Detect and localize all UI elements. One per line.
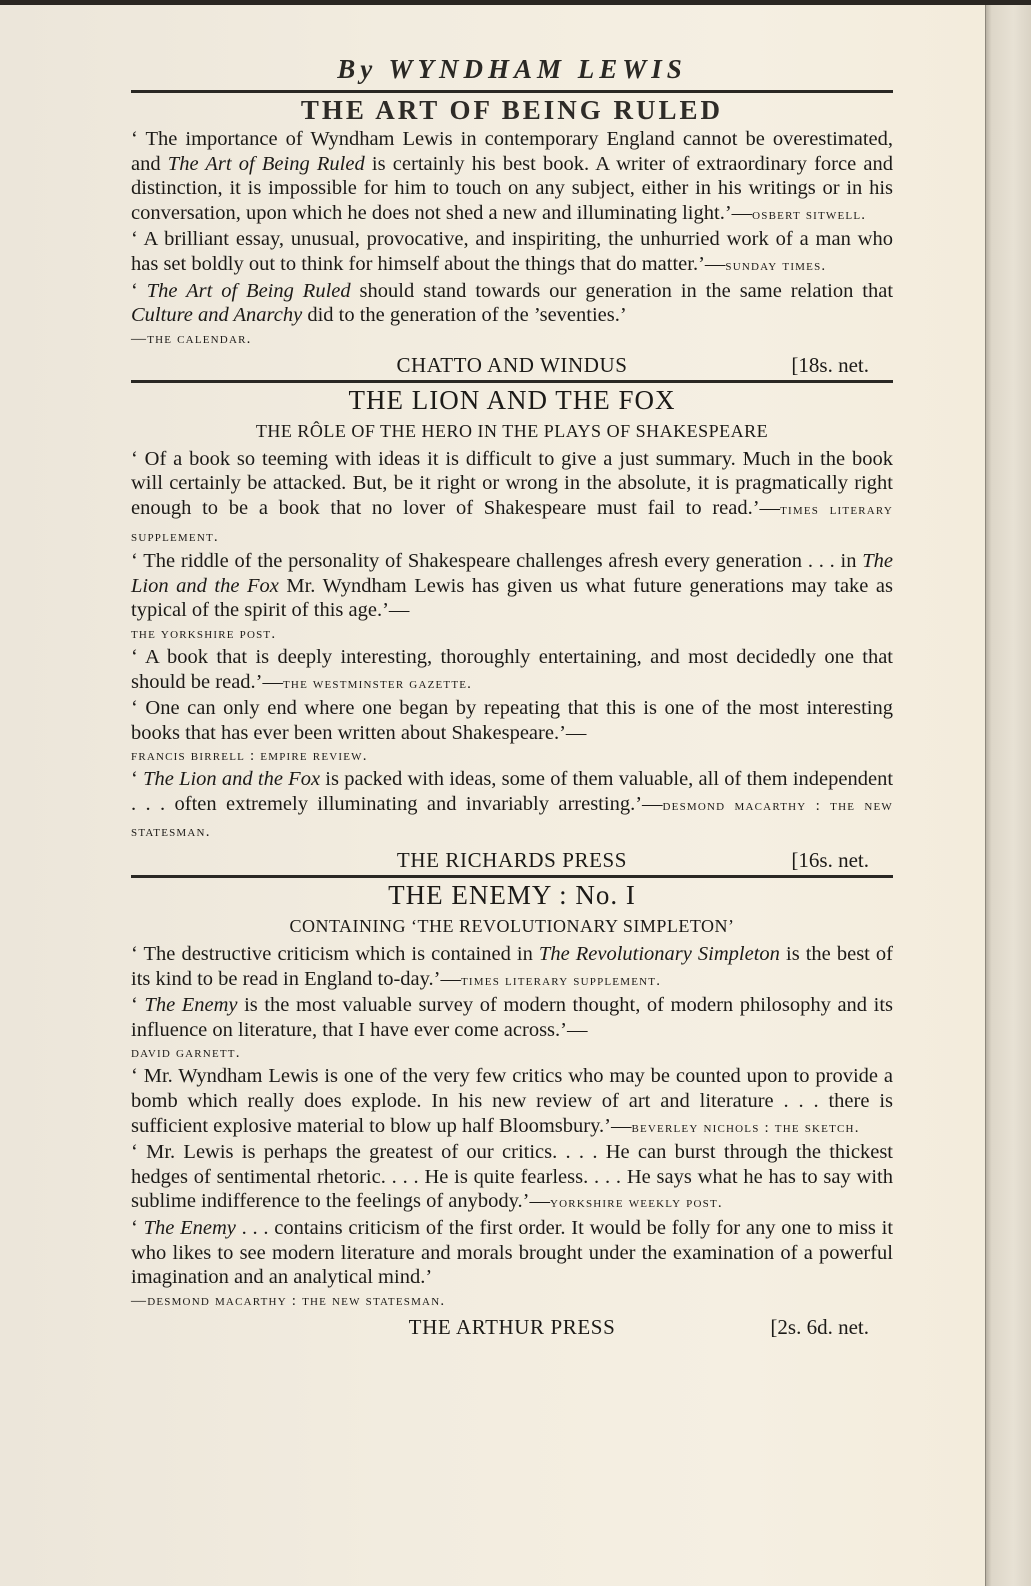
publisher-name: CHATTO AND WINDUS	[131, 350, 893, 380]
review-quote: ‘ The Enemy . . . contains criticism of …	[131, 1216, 893, 1312]
quote-text: did to the generation of the ’seventies.…	[302, 304, 627, 326]
book-title-italic: The Revolutionary Simpleton	[539, 943, 780, 965]
quote-text: ‘ A book that is deeply interesting, tho…	[131, 646, 893, 693]
book-title: THE ART OF BEING RULED	[131, 93, 893, 127]
review-source: sunday times.	[725, 258, 826, 274]
quote-text: ‘	[131, 1217, 144, 1239]
book-gutter	[985, 5, 1031, 1586]
quote-text: ‘ The riddle of the personality of Shake…	[131, 550, 862, 572]
book-title-italic: Culture and Anarchy	[131, 304, 302, 326]
book-title: THE LION AND THE FOX	[131, 383, 893, 417]
quote-text: ‘ The destructive criticism which is con…	[131, 943, 539, 965]
price: [16s. net.	[791, 845, 869, 875]
publisher-name: THE RICHARDS PRESS	[131, 845, 893, 875]
advertisement-page: By WYNDHAM LEWIS THE ART OF BEING RULED‘…	[131, 48, 893, 1342]
book-subtitle: THE RÔLE OF THE HERO IN THE PLAYS OF SHA…	[131, 419, 893, 443]
quote-text: . . . contains criticism of the first or…	[131, 1217, 893, 1288]
review-quote: ‘ The importance of Wyndham Lewis in con…	[131, 127, 893, 227]
review-quote: ‘ The Art of Being Ruled should stand to…	[131, 279, 893, 350]
book-title: THE ENEMY : No. I	[131, 878, 893, 912]
review-quote: ‘ Mr. Wyndham Lewis is one of the very f…	[131, 1064, 893, 1140]
review-source: beverley nichols : the sketch.	[631, 1120, 859, 1136]
author-byline: By WYNDHAM LEWIS	[131, 48, 893, 90]
book-list: THE ART OF BEING RULED‘ The importance o…	[131, 93, 893, 1342]
review-quote: ‘ The destructive criticism which is con…	[131, 942, 893, 993]
quote-text: ‘	[131, 280, 147, 302]
review-source: david garnett.	[131, 1042, 893, 1064]
review-source: times literary supplement.	[461, 973, 661, 989]
book-section: THE ENEMY : No. ICONTAINING ‘THE REVOLUT…	[131, 878, 893, 1342]
review-quote: ‘ The riddle of the personality of Shake…	[131, 549, 893, 645]
review-source: —the calendar.	[131, 328, 893, 350]
review-quote: ‘ Mr. Lewis is perhaps the greatest of o…	[131, 1140, 893, 1216]
book-title-italic: The Enemy	[144, 1217, 236, 1239]
review-source: the yorkshire post.	[131, 623, 893, 645]
publisher-row: THE ARTHUR PRESS[2s. 6d. net.	[131, 1312, 893, 1342]
quote-text: is the most valuable survey of modern th…	[131, 994, 893, 1041]
quote-text: should stand towards our generation in t…	[351, 280, 893, 302]
quote-text: ‘ Mr. Lewis is perhaps the greatest of o…	[131, 1141, 893, 1212]
book-section: THE ART OF BEING RULED‘ The importance o…	[131, 93, 893, 383]
review-source: francis birrell : empire review.	[131, 745, 893, 767]
review-quote: ‘ A book that is deeply interesting, tho…	[131, 645, 893, 696]
review-source: —desmond macarthy : the new statesman.	[131, 1290, 893, 1312]
review-source: yorkshire weekly post.	[550, 1195, 723, 1211]
quote-text: ‘	[131, 768, 143, 790]
price: [2s. 6d. net.	[770, 1312, 869, 1342]
quote-text: ‘	[131, 994, 144, 1016]
book-section: THE LION AND THE FOXTHE RÔLE OF THE HERO…	[131, 383, 893, 878]
review-quote: ‘ The Lion and the Fox is packed with id…	[131, 767, 893, 845]
book-title-italic: The Art of Being Ruled	[168, 153, 365, 175]
review-quote: ‘ One can only end where one began by re…	[131, 696, 893, 767]
publisher-row: THE RICHARDS PRESS[16s. net.	[131, 845, 893, 875]
book-title-italic: The Lion and the Fox	[143, 768, 320, 790]
book-title-italic: The Art of Being Ruled	[147, 280, 351, 302]
review-quote: ‘ A brilliant essay, unusual, provocativ…	[131, 227, 893, 278]
book-title-italic: The Enemy	[144, 994, 237, 1016]
quote-text: ‘ Of a book so teeming with ideas it is …	[131, 448, 893, 519]
review-source: osbert sitwell.	[752, 207, 866, 223]
review-source: the westminster gazette.	[283, 676, 472, 692]
review-quote: ‘ The Enemy is the most valuable survey …	[131, 993, 893, 1064]
publisher-row: CHATTO AND WINDUS[18s. net.	[131, 350, 893, 380]
book-subtitle: CONTAINING ‘THE REVOLUTIONARY SIMPLETON’	[131, 914, 893, 938]
price: [18s. net.	[791, 350, 869, 380]
review-quote: ‘ Of a book so teeming with ideas it is …	[131, 447, 893, 549]
quote-text: ‘ One can only end where one began by re…	[131, 697, 893, 744]
